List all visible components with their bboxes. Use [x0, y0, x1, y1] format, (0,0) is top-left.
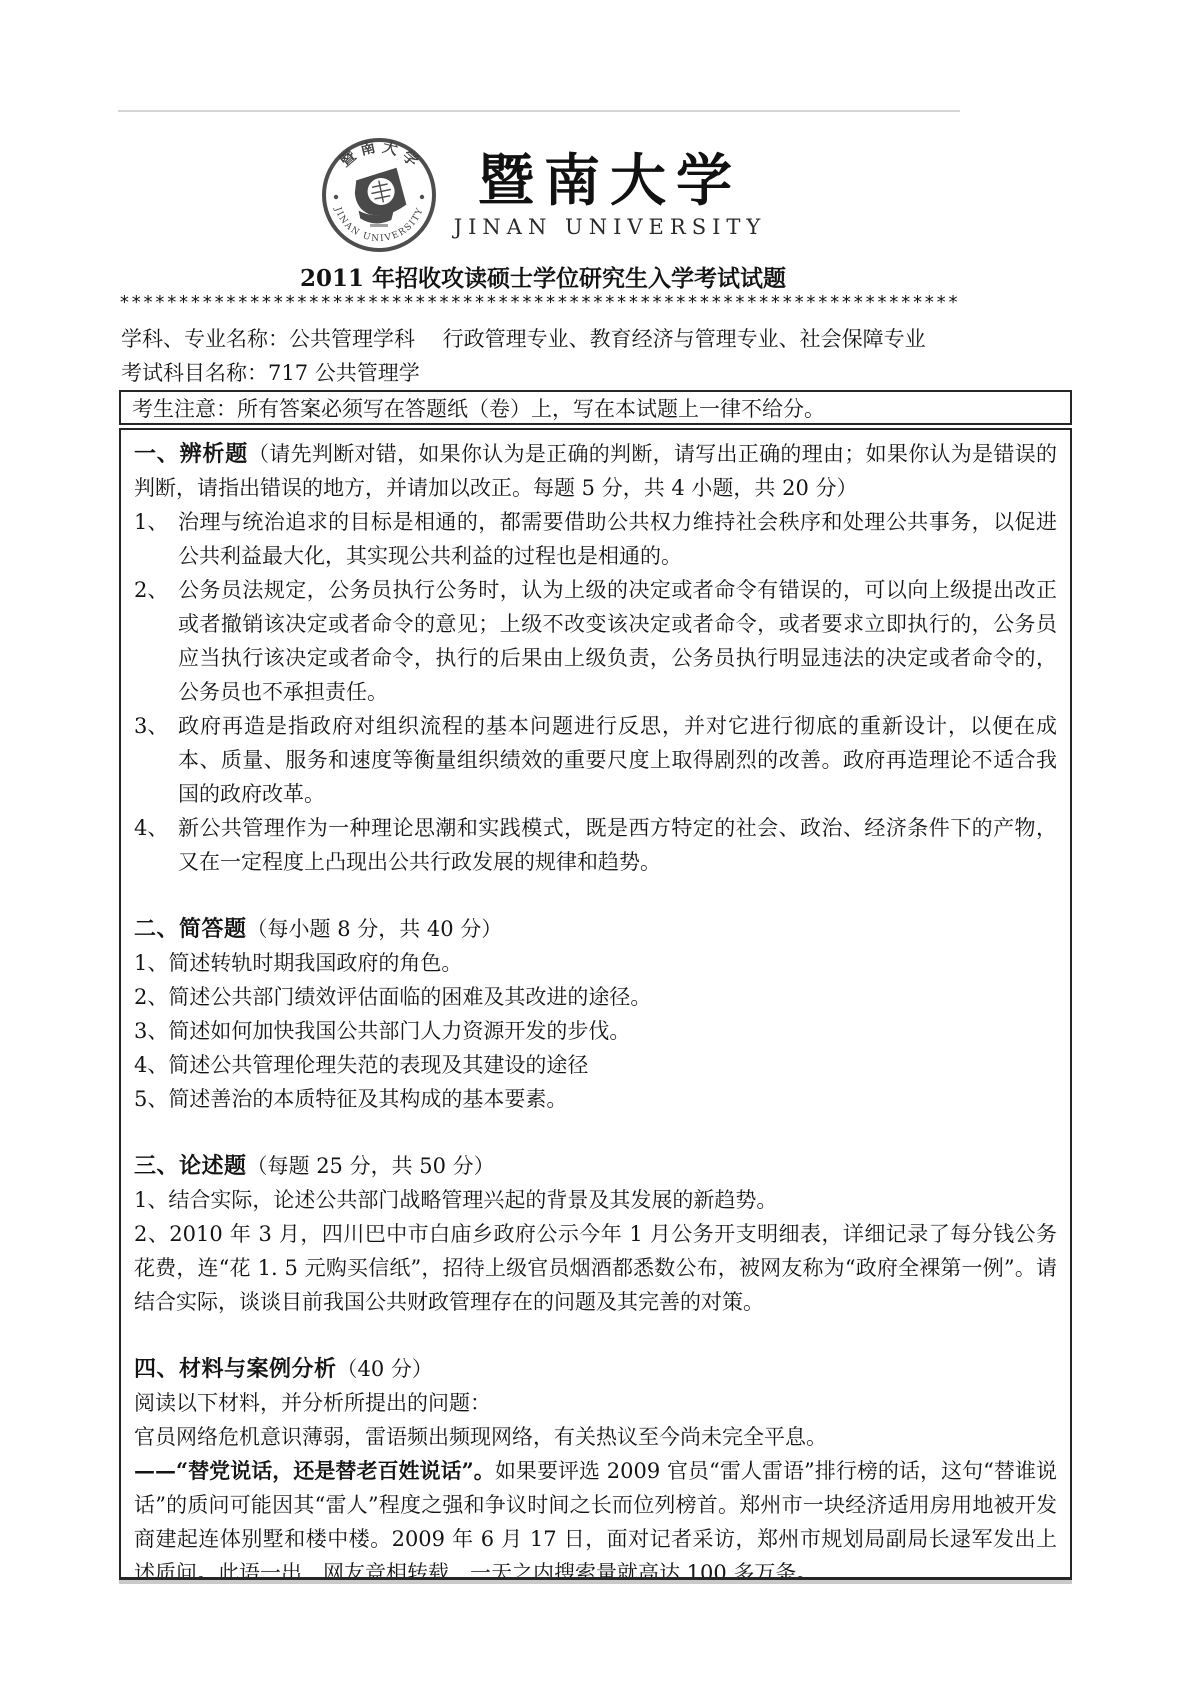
question-number: 4、 [134, 1053, 168, 1077]
section-spacer [134, 1319, 1057, 1352]
question-s2-2: 2、简述公共部门绩效评估面临的困难及其改进的途径。 [134, 980, 1057, 1014]
section-2-title: 二、简答题 [134, 916, 247, 942]
question-s3-1: 1、结合实际，论述公共部门战略管理兴起的背景及其发展的新趋势。 [134, 1183, 1057, 1217]
question-text: 简述转轨时期我国政府的角色。 [168, 951, 462, 975]
question-s1-2: 2、 公务员法规定，公务员执行公务时，认为上级的决定或者命令有错误的，可以向上级… [134, 573, 1057, 709]
page-top-divider [118, 110, 960, 112]
section-3-heading: 三、论述题（每题 25 分，共 50 分） [134, 1149, 1057, 1183]
question-text: 新公共管理作为一种理论思潮和实践模式，既是西方特定的社会、政治、经济条件下的产物… [178, 811, 1057, 879]
section-4-heading: 四、材料与案例分析（40 分） [134, 1352, 1057, 1386]
section-1-title: 一、辨析题 [134, 441, 248, 467]
exam-body: 一、辨析题（请先判断对错，如果你认为是正确的判断，请写出正确的理由；如果你认为是… [119, 428, 1072, 1580]
exam-header: 暨 南 大 学 JINAN UNIVERSITY 暨南大学 JINAN UNIV… [0, 136, 1086, 293]
section-spacer [134, 879, 1057, 912]
question-number: 5、 [134, 1087, 168, 1111]
question-number: 2、 [134, 985, 168, 1009]
section-4-instructions: （40 分） [337, 1357, 433, 1381]
university-logo-block: 暨 南 大 学 JINAN UNIVERSITY 暨南大学 JINAN UNIV… [320, 136, 767, 254]
university-seal-logo: 暨 南 大 学 JINAN UNIVERSITY [320, 136, 438, 254]
section-2-heading: 二、简答题（每小题 8 分，共 40 分） [134, 912, 1057, 946]
section-4-material-summary: 官员网络危机意识薄弱，雷语频出频现网络，有关热议至今尚未完全平息。 [134, 1420, 1057, 1454]
university-name-chinese: 暨南大学 [478, 150, 742, 212]
major-name-line: 学科、专业名称：公共管理学科 行政管理专业、教育经济与管理专业、社会保障专业 [121, 325, 1071, 353]
question-number: 3、 [134, 1019, 168, 1043]
course-name-line: 考试科目名称：717 公共管理学 [121, 359, 1071, 387]
candidate-notice-box: 考生注意：所有答案必须写在答题纸（卷）上，写在本试题上一律不给分。 [119, 390, 1072, 425]
question-text: 简述善治的本质特征及其构成的基本要素。 [168, 1087, 567, 1111]
section-4-title: 四、材料与案例分析 [134, 1356, 337, 1382]
question-s1-3: 3、 政府再造是指政府对组织流程的基本问题进行反思，并对它进行彻底的重新设计，以… [134, 709, 1057, 811]
question-s2-3: 3、简述如何加快我国公共部门人力资源开发的步伐。 [134, 1014, 1057, 1048]
question-text: 公务员法规定，公务员执行公务时，认为上级的决定或者命令有错误的，可以向上级提出改… [178, 573, 1057, 709]
question-s1-4: 4、 新公共管理作为一种理论思潮和实践模式，既是西方特定的社会、政治、经济条件下… [134, 811, 1057, 879]
exam-title: 2011 年招收攻读硕士学位研究生入学考试试题 [300, 260, 786, 293]
question-number: 1、 [134, 505, 178, 539]
section-2-instructions: （每小题 8 分，共 40 分） [247, 917, 503, 941]
section-3-instructions: （每题 25 分，共 50 分） [247, 1154, 495, 1178]
case-quote-lead: ——“替党说话，还是替老百姓说话”。 [134, 1458, 495, 1483]
university-name-english: JINAN UNIVERSITY [454, 214, 767, 240]
question-s2-4: 4、简述公共管理伦理失范的表现及其建设的途径 [134, 1048, 1057, 1082]
question-text: 政府再造是指政府对组织流程的基本问题进行反思，并对它进行彻底的重新设计，以便在成… [178, 709, 1057, 811]
question-text: 简述公共部门绩效评估面临的困难及其改进的途径。 [168, 985, 651, 1009]
question-text: 简述如何加快我国公共部门人力资源开发的步伐。 [168, 1019, 630, 1043]
stars-divider: ****************************************… [119, 292, 959, 318]
seal-top-text: 暨 南 大 学 [336, 138, 421, 170]
question-text: 2010 年 3 月，四川巴中市白庙乡政府公示今年 1 月公务开支明细表，详细记… [134, 1222, 1057, 1314]
section-1-heading: 一、辨析题（请先判断对错，如果你认为是正确的判断，请写出正确的理由；如果你认为是… [134, 437, 1057, 505]
candidate-notice-text: 考生注意：所有答案必须写在答题纸（卷）上，写在本试题上一律不给分。 [132, 393, 825, 423]
question-text: 治理与统治追求的目标是相通的，都需要借助公共权力维持社会秩序和处理公共事务，以促… [178, 505, 1057, 573]
question-number: 3、 [134, 709, 178, 743]
question-number: 4、 [134, 811, 178, 845]
question-number: 2、 [134, 573, 178, 607]
question-s2-5: 5、简述善治的本质特征及其构成的基本要素。 [134, 1082, 1057, 1116]
question-s2-1: 1、简述转轨时期我国政府的角色。 [134, 946, 1057, 980]
question-s1-1: 1、 治理与统治追求的目标是相通的，都需要借助公共权力维持社会秩序和处理公共事务… [134, 505, 1057, 573]
section-4-material-intro: 阅读以下材料，并分析所提出的问题： [134, 1386, 1057, 1420]
question-number: 2、 [134, 1222, 169, 1246]
section-4-material-case: ——“替党说话，还是替老百姓说话”。如果要评选 2009 官员“雷人雷语”排行榜… [134, 1454, 1057, 1580]
university-wordmark: 暨南大学 JINAN UNIVERSITY [454, 150, 767, 240]
section-spacer [134, 1116, 1057, 1149]
question-number: 1、 [134, 1188, 168, 1212]
section-1-instructions: （请先判断对错，如果你认为是正确的判断，请写出正确的理由；如果你认为是错误的判断… [134, 442, 1057, 500]
svg-text:暨 南 大 学: 暨 南 大 学 [336, 138, 421, 170]
section-3-title: 三、论述题 [134, 1153, 247, 1179]
question-text: 结合实际，论述公共部门战略管理兴起的背景及其发展的新趋势。 [168, 1188, 777, 1212]
question-s3-2: 2、2010 年 3 月，四川巴中市白庙乡政府公示今年 1 月公务开支明细表，详… [134, 1217, 1057, 1319]
seal-boat-emblem [351, 167, 409, 227]
question-number: 1、 [134, 951, 168, 975]
question-text: 简述公共管理伦理失范的表现及其建设的途径 [168, 1053, 588, 1077]
